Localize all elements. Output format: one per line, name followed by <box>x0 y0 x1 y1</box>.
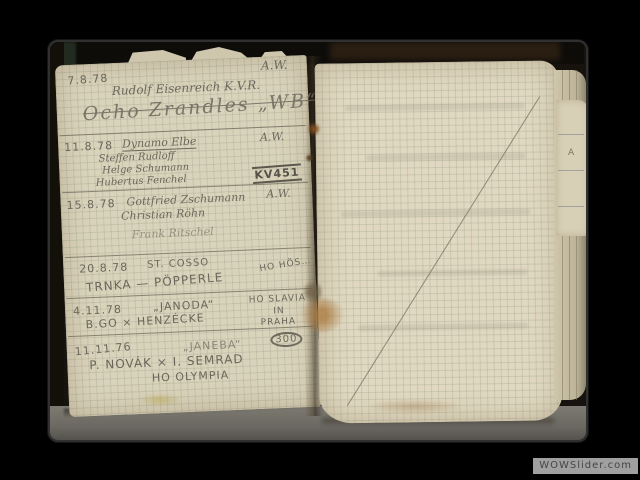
ruled-line <box>558 170 584 171</box>
entry-club: HO OLYMPIA <box>152 368 230 384</box>
entry-mark: A.W. <box>260 130 285 144</box>
stain <box>140 394 180 406</box>
ink-bleedthrough <box>345 103 525 112</box>
right-page <box>314 60 562 423</box>
ruled-line <box>558 206 584 207</box>
stain <box>308 122 320 136</box>
side-page-letter: A <box>568 148 575 158</box>
entry-name: ST. COSSO <box>147 257 209 271</box>
entry-divider <box>65 247 311 258</box>
ink-bleedthrough <box>341 209 531 218</box>
entry-club: Dynamo Elbe <box>122 135 197 152</box>
entry-name: Frank Ritschel <box>132 225 214 241</box>
entry-mark: A.W. <box>266 187 291 201</box>
entry-date: 20.8.78 <box>79 261 129 276</box>
entry-title: „JANEBA“ <box>182 338 242 353</box>
entry-mark: A.W. <box>261 58 288 73</box>
entry-count-badge: 300 <box>270 331 303 347</box>
entry-code: KV451 <box>252 163 302 184</box>
entry-date: 7.8.78 <box>67 72 109 88</box>
left-page: 7.8.78 A.W. Rudolf Eisenreich K.V.R. Och… <box>55 55 322 417</box>
ink-bleedthrough <box>358 323 528 331</box>
notebook-photo: 7.8.78 A.W. Rudolf Eisenreich K.V.R. Och… <box>48 40 588 442</box>
stain <box>370 400 460 413</box>
entry-date: 11.8.78 <box>64 139 114 154</box>
entry-name: Christian Röhn <box>121 206 206 223</box>
watermark-link[interactable]: WOWSlider.com <box>533 458 638 474</box>
entry-date: 15.8.78 <box>66 197 116 212</box>
notebook-cover-edge <box>330 42 560 60</box>
entry-title: „JANODA“ <box>153 298 215 314</box>
ink-bleedthrough <box>377 269 527 277</box>
entry-club-note: IN <box>273 306 285 316</box>
stain <box>306 154 313 162</box>
entry-name: Gottfried Zschumann <box>126 191 245 209</box>
ruled-line <box>558 134 584 135</box>
stain <box>300 298 344 332</box>
entry-date: 11.11.76 <box>74 340 132 358</box>
ink-bleedthrough <box>366 153 526 161</box>
entry-club-note: HO SLAVIA <box>249 293 307 305</box>
diagonal-pencil-line <box>347 96 540 406</box>
side-ruled-page: A <box>556 100 588 236</box>
